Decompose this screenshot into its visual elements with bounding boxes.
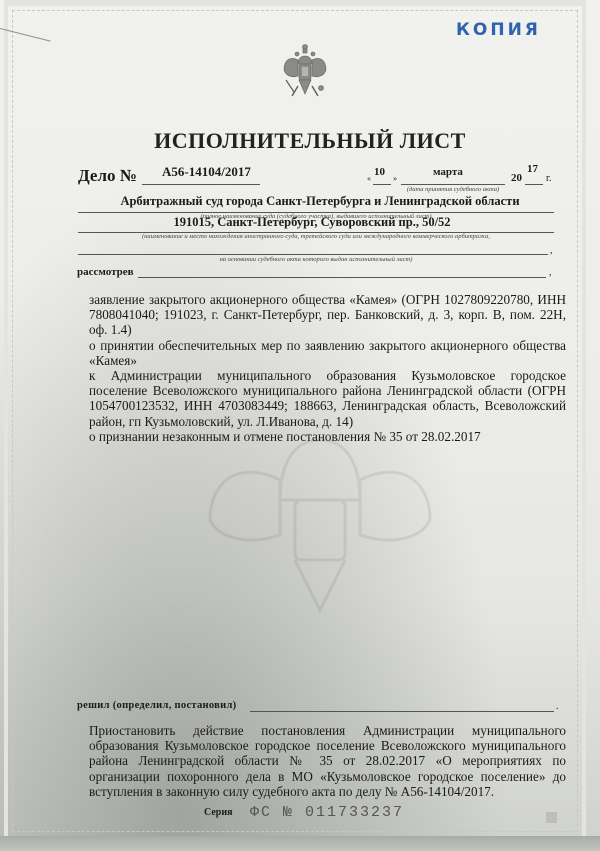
date-day-underline bbox=[373, 184, 391, 185]
document-sheet: КОПИЯ ИСПОЛНИТЕЛЬНЫЙ ЛИСТ Дело № bbox=[0, 0, 600, 851]
date-open-quote: « bbox=[367, 174, 371, 183]
court-address: 191015, Санкт-Петербург, Суворовский пр.… bbox=[0, 215, 600, 230]
date-caption: (дата принятия судебного акта) bbox=[401, 186, 505, 193]
date-year-prefix: 20 bbox=[511, 172, 522, 184]
basis-underline bbox=[78, 254, 548, 255]
date-year-suffix: 17 bbox=[527, 163, 538, 175]
decided-label: решил (определил, постановил) bbox=[77, 700, 236, 711]
applicant-paragraph: заявление закрытого акционерного обществ… bbox=[89, 292, 566, 338]
decided-underline bbox=[250, 711, 554, 712]
subject-paragraph: о признании незаконным и отмене постанов… bbox=[89, 429, 566, 444]
date-day: 10 bbox=[374, 166, 385, 178]
considered-comma: , bbox=[549, 267, 552, 278]
date-year-unit: г. bbox=[546, 173, 551, 184]
date-year-underline bbox=[525, 184, 543, 185]
decided-text: Приостановить действие постановления Адм… bbox=[89, 723, 566, 799]
decided-period: . bbox=[556, 701, 559, 712]
russian-coat-of-arms-icon bbox=[282, 42, 328, 106]
basis-comma: , bbox=[550, 245, 553, 256]
case-number-underline bbox=[142, 184, 260, 185]
basis-caption: на основании судебного акта которого выд… bbox=[78, 256, 554, 263]
date-close-quote: » bbox=[393, 174, 397, 183]
serial-label: Серия bbox=[204, 807, 233, 818]
date-month-underline bbox=[401, 184, 505, 185]
case-label: Дело № bbox=[78, 166, 137, 186]
considered-text: заявление закрытого акционерного обществ… bbox=[89, 292, 566, 444]
ruling-paragraph: Приостановить действие постановления Адм… bbox=[89, 723, 566, 799]
document-title: ИСПОЛНИТЕЛЬНЫЙ ЛИСТ bbox=[0, 128, 600, 154]
respondent-paragraph: к Администрации муниципального образован… bbox=[89, 368, 566, 429]
date-month: марта bbox=[433, 166, 463, 178]
court-address-caption: (наименование и место нахождения иностра… bbox=[78, 233, 554, 240]
scan-edge-shadow bbox=[0, 836, 600, 851]
considered-underline bbox=[138, 277, 546, 278]
motion-paragraph: о принятии обеспечительных мер по заявле… bbox=[89, 338, 566, 368]
case-number: А56-14104/2017 bbox=[162, 164, 251, 180]
gray-marker bbox=[546, 812, 557, 823]
court-name: Арбитражный суд города Санкт-Петербурга … bbox=[0, 194, 600, 209]
considered-label: рассмотрев bbox=[77, 266, 134, 278]
serial-number: ФС № 011733237 bbox=[250, 804, 404, 821]
watermark-emblem-icon bbox=[200, 420, 440, 620]
copy-stamp: КОПИЯ bbox=[456, 20, 541, 40]
